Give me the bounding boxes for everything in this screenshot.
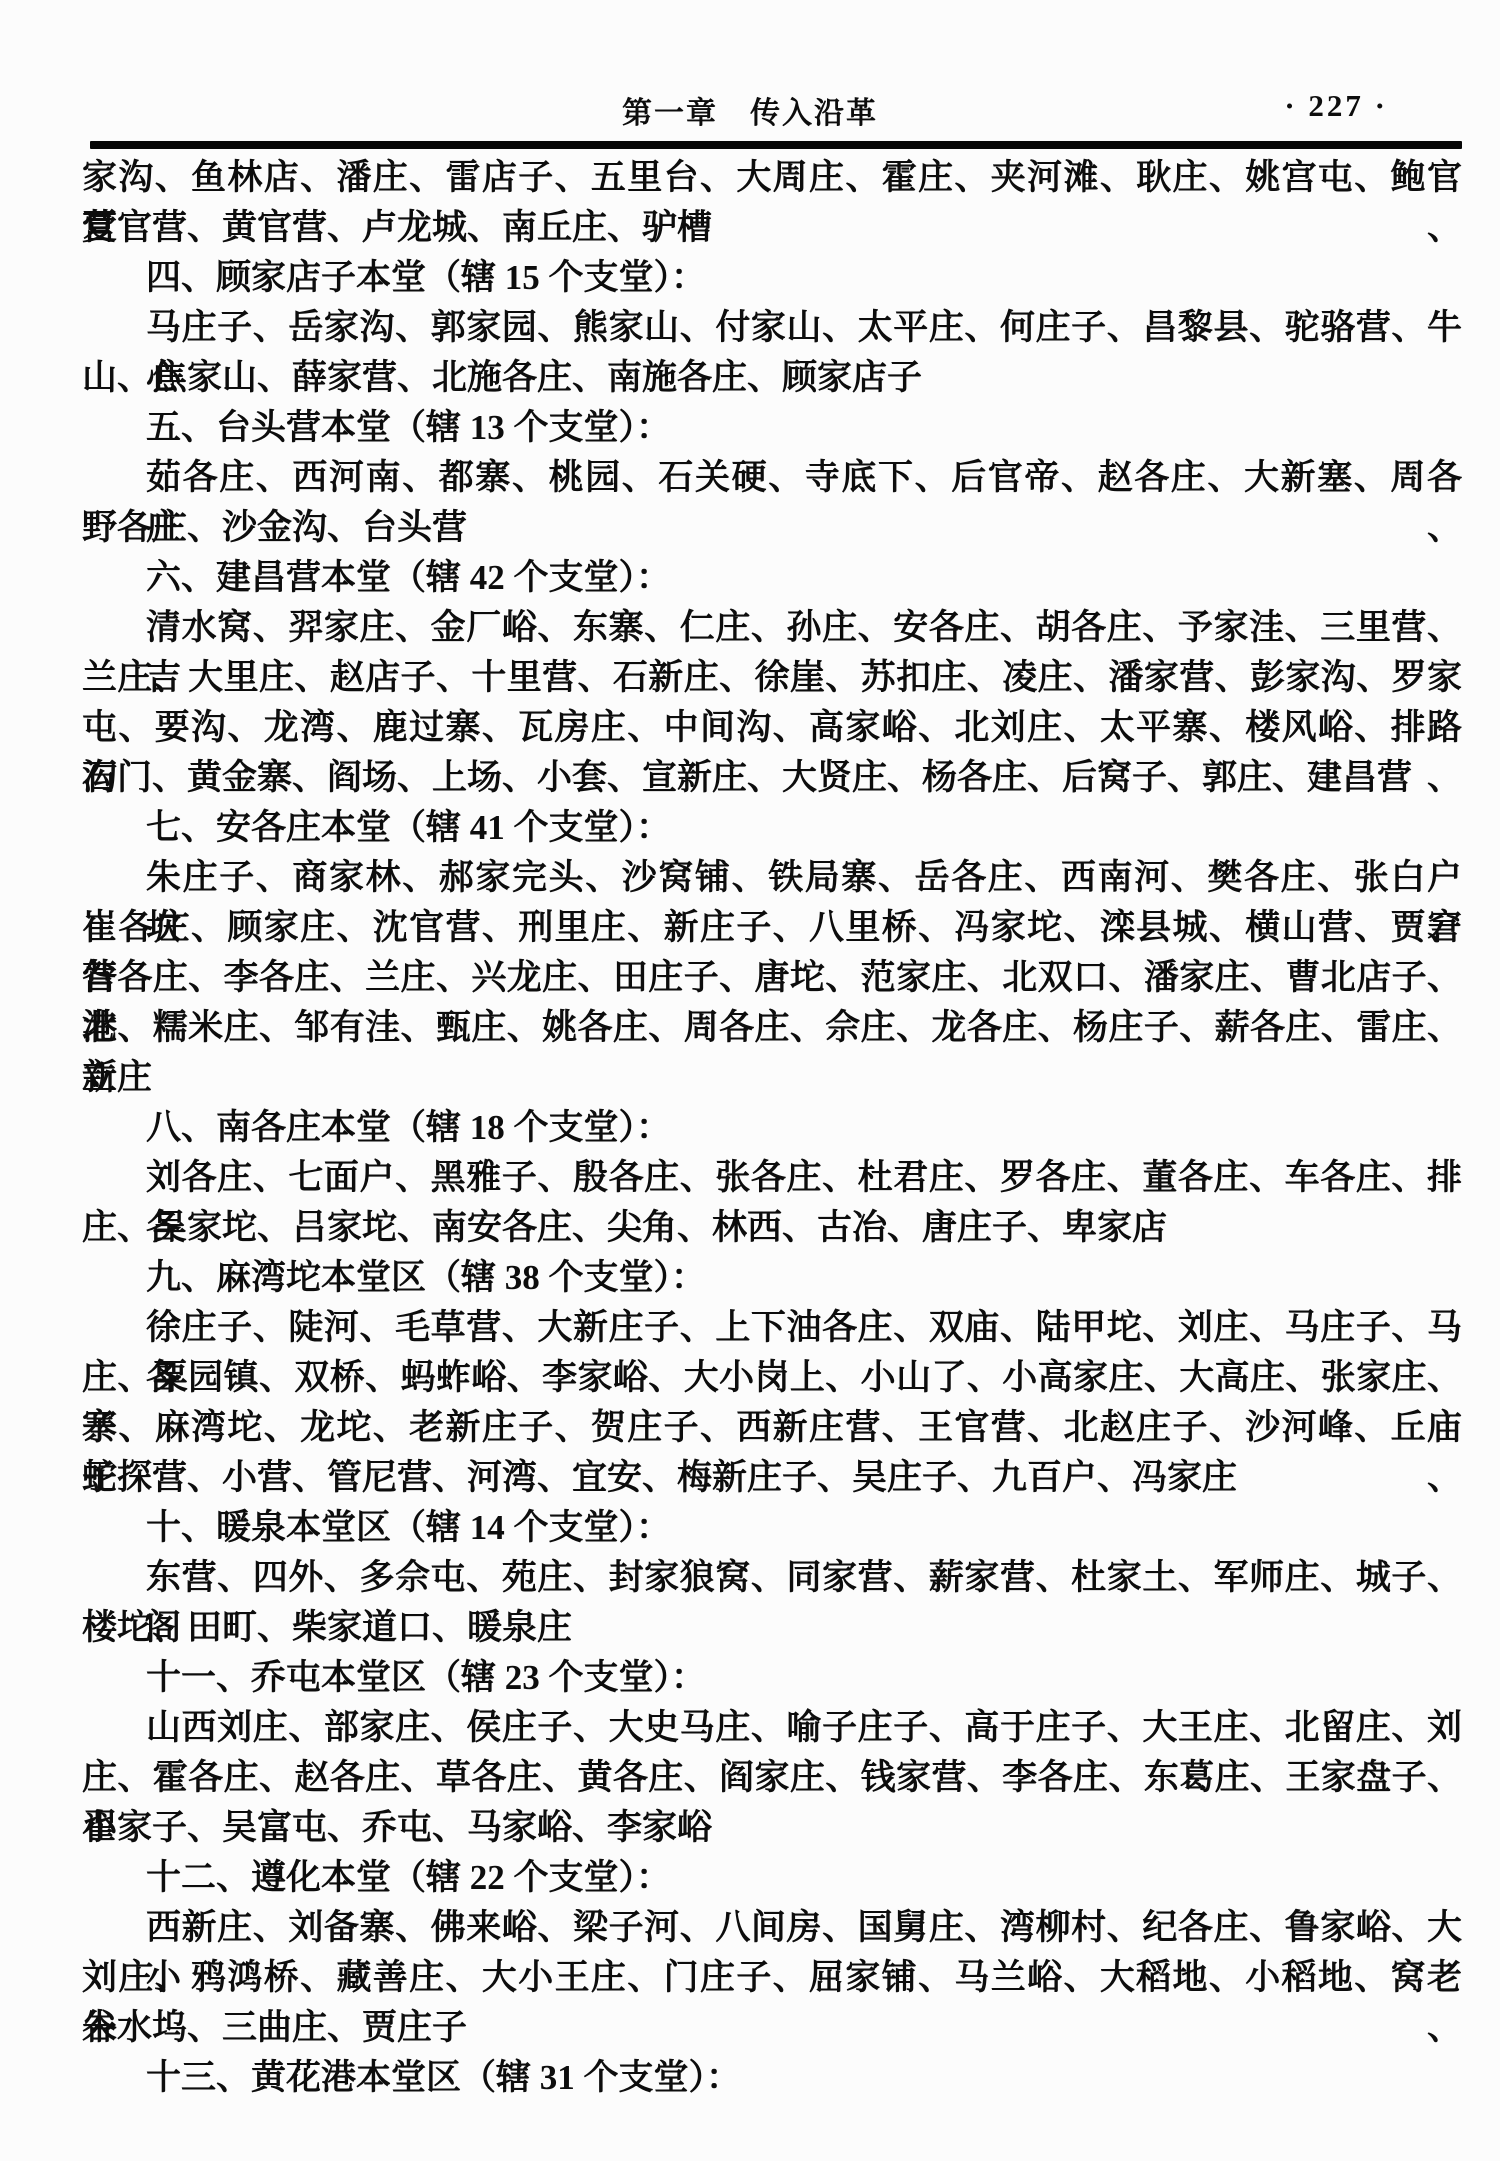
text-line: 崔各庄、顾家庄、沈官营、刑里庄、新庄子、八里桥、冯家坨、滦县城、横山营、贾窘营、 <box>82 903 1462 953</box>
document-page: 第一章 传入沿革 · 227 · 家沟、鱼林店、潘庄、雷店子、五里台、大周庄、霍… <box>0 0 1500 2161</box>
text-line: 翟家子、吴富屯、乔屯、马家峪、李家峪 <box>82 1803 1462 1853</box>
text-line: 十、暖泉本堂区（辖 14 个支堂）： <box>82 1503 1462 1553</box>
text-line: 九、麻湾坨本堂区（辖 38 个支堂）： <box>82 1253 1462 1303</box>
text-line: 立庄 <box>82 1053 1462 1103</box>
text-line: 山西刘庄、部家庄、侯庄子、大史马庄、喻子庄子、高于庄子、大王庄、北留庄、刘 <box>82 1703 1462 1753</box>
header-rule <box>90 141 1462 149</box>
page-body: 家沟、鱼林店、潘庄、雷店子、五里台、大周庄、霍庄、夹河滩、耿庄、姚宫屯、鲍官营、… <box>82 153 1462 2103</box>
text-line: 石门、黄金寨、阎场、上场、小套、宣新庄、大贤庄、杨各庄、后窝子、郭庄、建昌营 <box>82 753 1462 803</box>
text-line: 屯、要沟、龙湾、鹿过寨、瓦房庄、中间沟、高家峪、北刘庄、太平寨、楼风峪、排路沟、 <box>82 703 1462 753</box>
text-line: 茹各庄、西河南、都寨、桃园、石关硬、寺底下、后官帝、赵各庄、大新塞、周各庄、 <box>82 453 1462 503</box>
text-line: 朱庄子、商家林、郝家完头、沙窝铺、铁局寨、岳各庄、西南河、樊各庄、张白户坎、 <box>82 853 1462 903</box>
page-number: · 227 · <box>1284 88 1388 124</box>
text-line: 庄、粟园镇、双桥、蚂蚱峪、李家峪、大小岗上、小山了、小高家庄、大高庄、张家庄、寨 <box>82 1353 1462 1403</box>
text-line: 子、麻湾坨、龙坨、老新庄子、贺庄子、西新庄营、王官营、北赵庄子、沙河峰、丘庙子、 <box>82 1403 1462 1453</box>
text-line: 家沟、鱼林店、潘庄、雷店子、五里台、大周庄、霍庄、夹河滩、耿庄、姚宫屯、鲍官营、 <box>82 153 1462 203</box>
text-line: 七、安各庄本堂（辖 41 个支堂）： <box>82 803 1462 853</box>
text-line: 山、焦家山、薛家营、北施各庄、南施各庄、顾家店子 <box>82 353 1462 403</box>
text-line: 六、建昌营本堂（辖 42 个支堂）： <box>82 553 1462 603</box>
text-line: 庄、吴家坨、吕家坨、南安各庄、尖角、林西、古冶、唐庄子、卑家店 <box>82 1203 1462 1253</box>
text-line: 五、台头营本堂（辖 13 个支堂）： <box>82 403 1462 453</box>
text-line: 北、糯米庄、邹有洼、甄庄、姚各庄、周各庄、佘庄、龙各庄、杨庄子、薪各庄、雷庄、新 <box>82 1003 1462 1053</box>
text-line: 徐庄子、陡河、毛草营、大新庄子、上下油各庄、双庙、陆甲坨、刘庄、马庄子、马各 <box>82 1303 1462 1353</box>
text-line: 东营、四外、多佘屯、苑庄、封家狼窝、同家营、薪家营、杜家土、军师庄、城子、阁 <box>82 1553 1462 1603</box>
text-line: 十一、乔屯本堂区（辖 23 个支堂）： <box>82 1653 1462 1703</box>
text-line: 十二、遵化本堂（辖 22 个支堂）： <box>82 1853 1462 1903</box>
text-line: 庄、霍各庄、赵各庄、草各庄、黄各庄、阎家庄、钱家营、李各庄、东葛庄、王家盘子、小 <box>82 1753 1462 1803</box>
text-line: 西新庄、刘备寨、佛来峪、梁子河、八间房、国舅庄、湾柳村、纪各庄、鲁家峪、大小 <box>82 1903 1462 1953</box>
text-line: 清水窝、羿家庄、金厂峪、东寨、仁庄、孙庄、安各庄、胡各庄、予家洼、三里营、吉 <box>82 603 1462 653</box>
text-line: 八、南各庄本堂（辖 18 个支堂）： <box>82 1103 1462 1153</box>
text-line: 兰庄、大里庄、赵店子、十里营、石新庄、徐崖、苏扣庄、凌庄、潘家营、彭家沟、罗家 <box>82 653 1462 703</box>
running-header: 第一章 传入沿革 · 227 · <box>0 88 1500 128</box>
text-line: 十三、黄花港本堂区（辖 31 个支堂）： <box>82 2053 1462 2103</box>
text-line: 马庄子、岳家沟、郭家园、熊家山、付家山、太平庄、何庄子、昌黎县、驼骆营、牛心 <box>82 303 1462 353</box>
chapter-title: 第一章 传入沿革 <box>0 88 1500 132</box>
text-line: 楼坨、田町、柴家道口、暖泉庄 <box>82 1603 1462 1653</box>
text-line: 刘庄、鸦鸿桥、藏善庄、大小王庄、门庄子、屈家铺、马兰峪、大稻地、小稻地、窝老谷、 <box>82 1953 1462 2003</box>
text-line: 刘各庄、七面户、黑雅子、殷各庄、张各庄、杜君庄、罗各庄、董各庄、车各庄、排各 <box>82 1153 1462 1203</box>
text-line: 四、顾家店子本堂（辖 15 个支堂）： <box>82 253 1462 303</box>
text-line: 昝各庄、李各庄、兰庄、兴龙庄、田庄子、唐坨、范家庄、北双口、潘家庄、曹北店子、港 <box>82 953 1462 1003</box>
